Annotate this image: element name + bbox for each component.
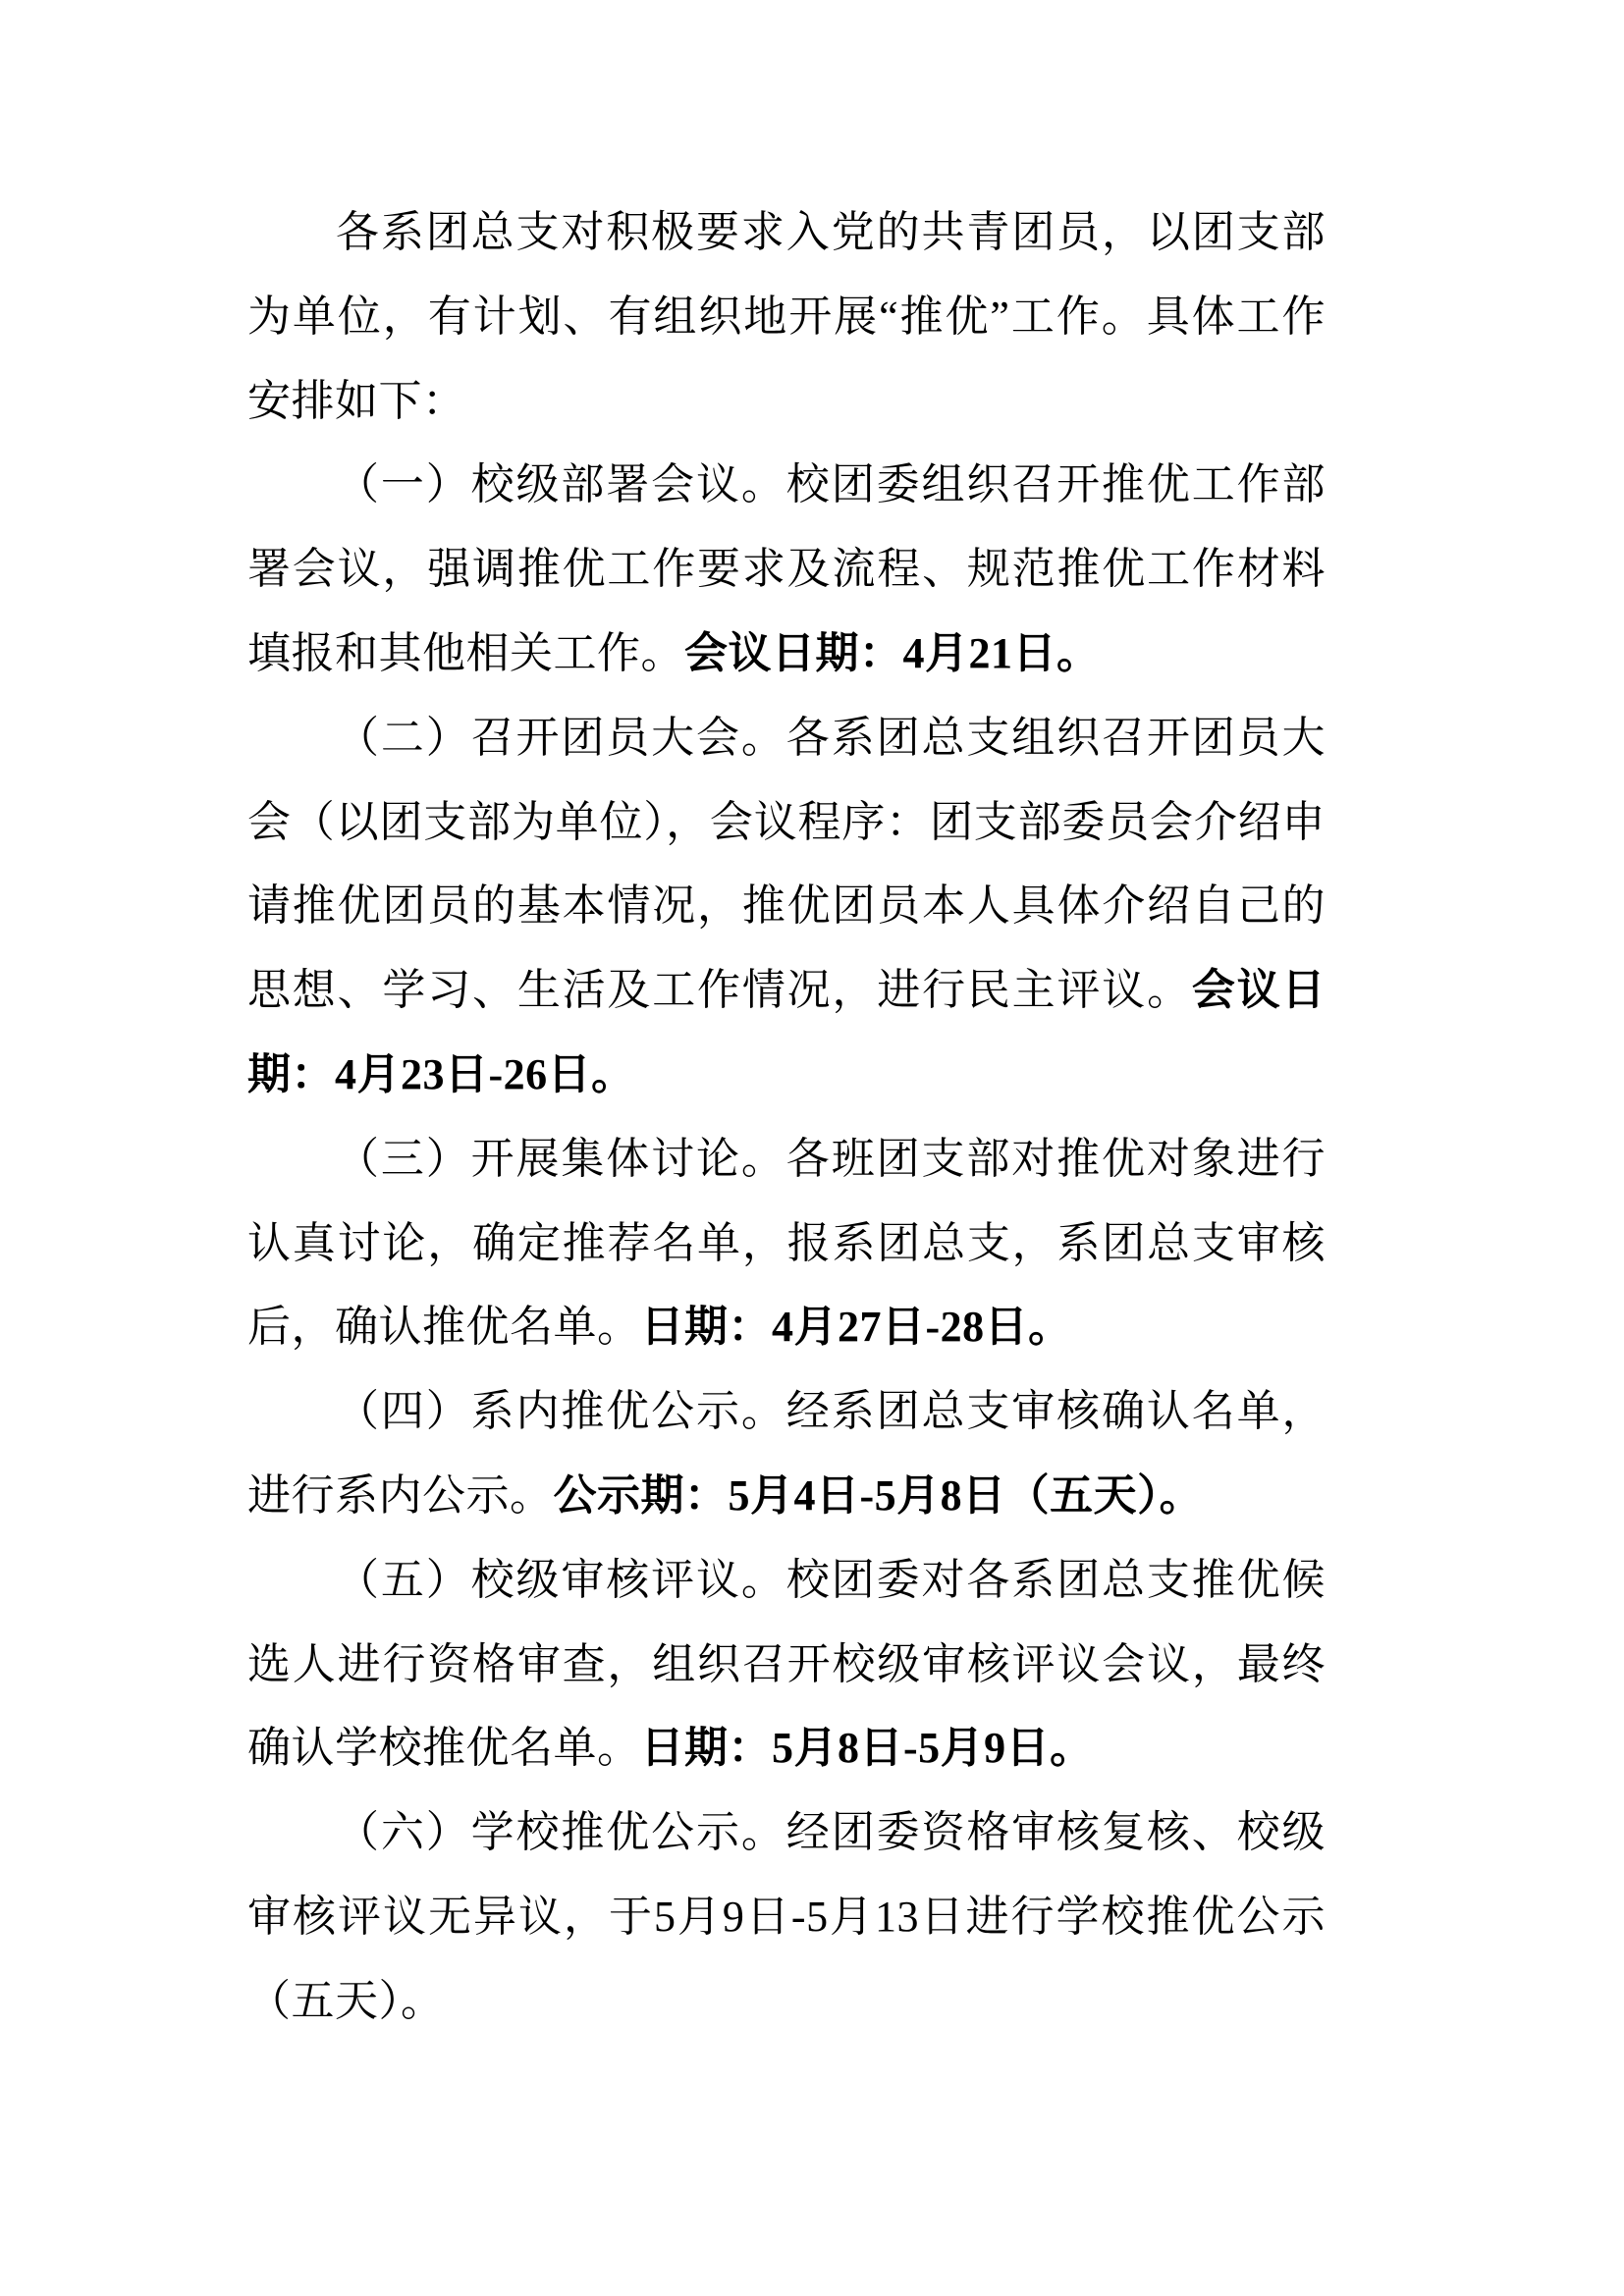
publicity-period-bold-run: 公示期：5月4日-5月8日（五天）。 (554, 1471, 1204, 1520)
document-body-text: 各系团总支对积极要求入党的共青团员，以团支部为单位，有计划、有组织地开展“推优”… (247, 190, 1326, 2044)
text-run: （二）召开团员大会。各系团总支组织召开团员大会（以团支部为单位），会议程序：团支… (247, 714, 1326, 1014)
document-page: 各系团总支对积极要求入党的共青团员，以团支部为单位，有计划、有组织地开展“推优”… (0, 0, 1624, 2296)
paragraph-item-3-group-discussion: （三）开展集体讨论。各班团支部对推优对象进行认真讨论，确定推荐名单，报系团总支，… (247, 1117, 1326, 1369)
paragraph-item-1-school-deployment-meeting: （一）校级部署会议。校团委组织召开推优工作部署会议，强调推优工作要求及流程、规范… (247, 443, 1326, 695)
meeting-date-bold-run: 会议日期：4月21日。 (684, 629, 1101, 677)
date-bold-run: 日期：4月27日-28日。 (641, 1303, 1072, 1351)
date-bold-run: 日期：5月8日-5月9日。 (641, 1724, 1094, 1772)
text-run: （六）学校推优公示。经团委资格审核复核、校级审核评议无异议，于5月9日-5月13… (247, 1808, 1326, 2025)
paragraph-item-5-school-review-meeting: （五）校级审核评议。校团委对各系团总支推优候选人进行资格审查，组织召开校级审核评… (247, 1538, 1326, 1790)
paragraph-item-6-school-publicity: （六）学校推优公示。经团委资格审核复核、校级审核评议无异议，于5月9日-5月13… (247, 1790, 1326, 2043)
paragraph-intro: 各系团总支对积极要求入党的共青团员，以团支部为单位，有计划、有组织地开展“推优”… (247, 190, 1326, 443)
text-run: 各系团总支对积极要求入党的共青团员，以团支部为单位，有计划、有组织地开展“推优”… (247, 208, 1326, 425)
paragraph-item-2-league-member-assembly: （二）召开团员大会。各系团总支组织召开团员大会（以团支部为单位），会议程序：团支… (247, 696, 1326, 1117)
paragraph-item-4-department-publicity: （四）系内推优公示。经系团总支审核确认名单，进行系内公示。公示期：5月4日-5月… (247, 1369, 1326, 1538)
